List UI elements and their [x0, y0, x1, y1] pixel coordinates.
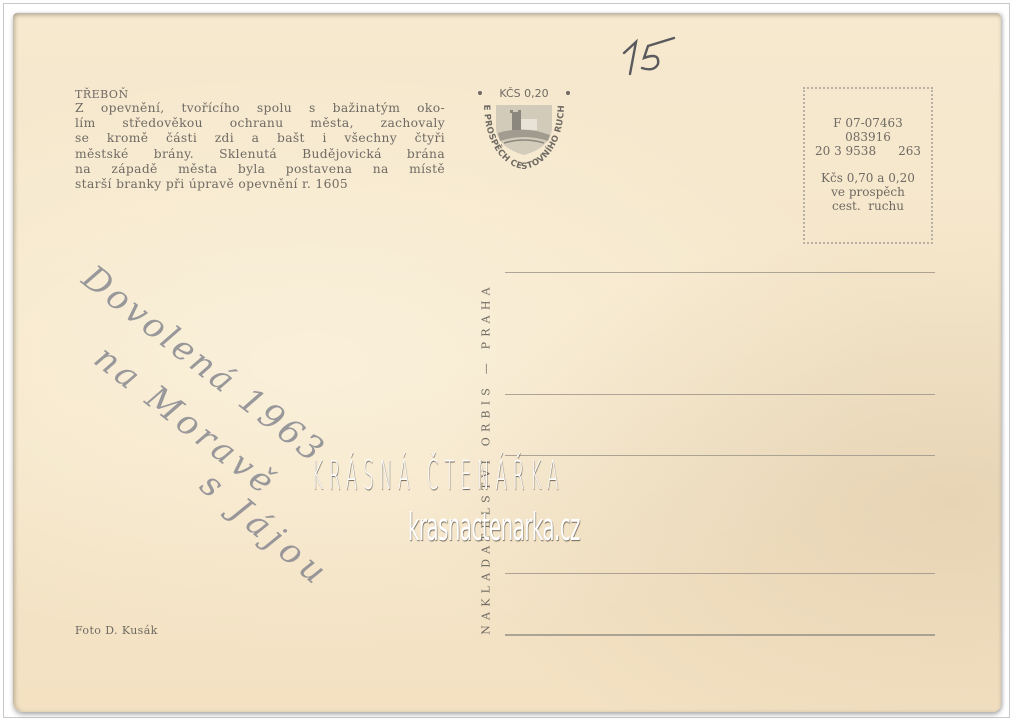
handwritten-note: Dovolená 1963 na Moravě s Jájou [0, 0, 1018, 726]
watermark-url: krasnactenarka.cz [408, 505, 580, 549]
watermark-title: KRÁSNÁ ČTENÁŘKA [312, 453, 564, 499]
